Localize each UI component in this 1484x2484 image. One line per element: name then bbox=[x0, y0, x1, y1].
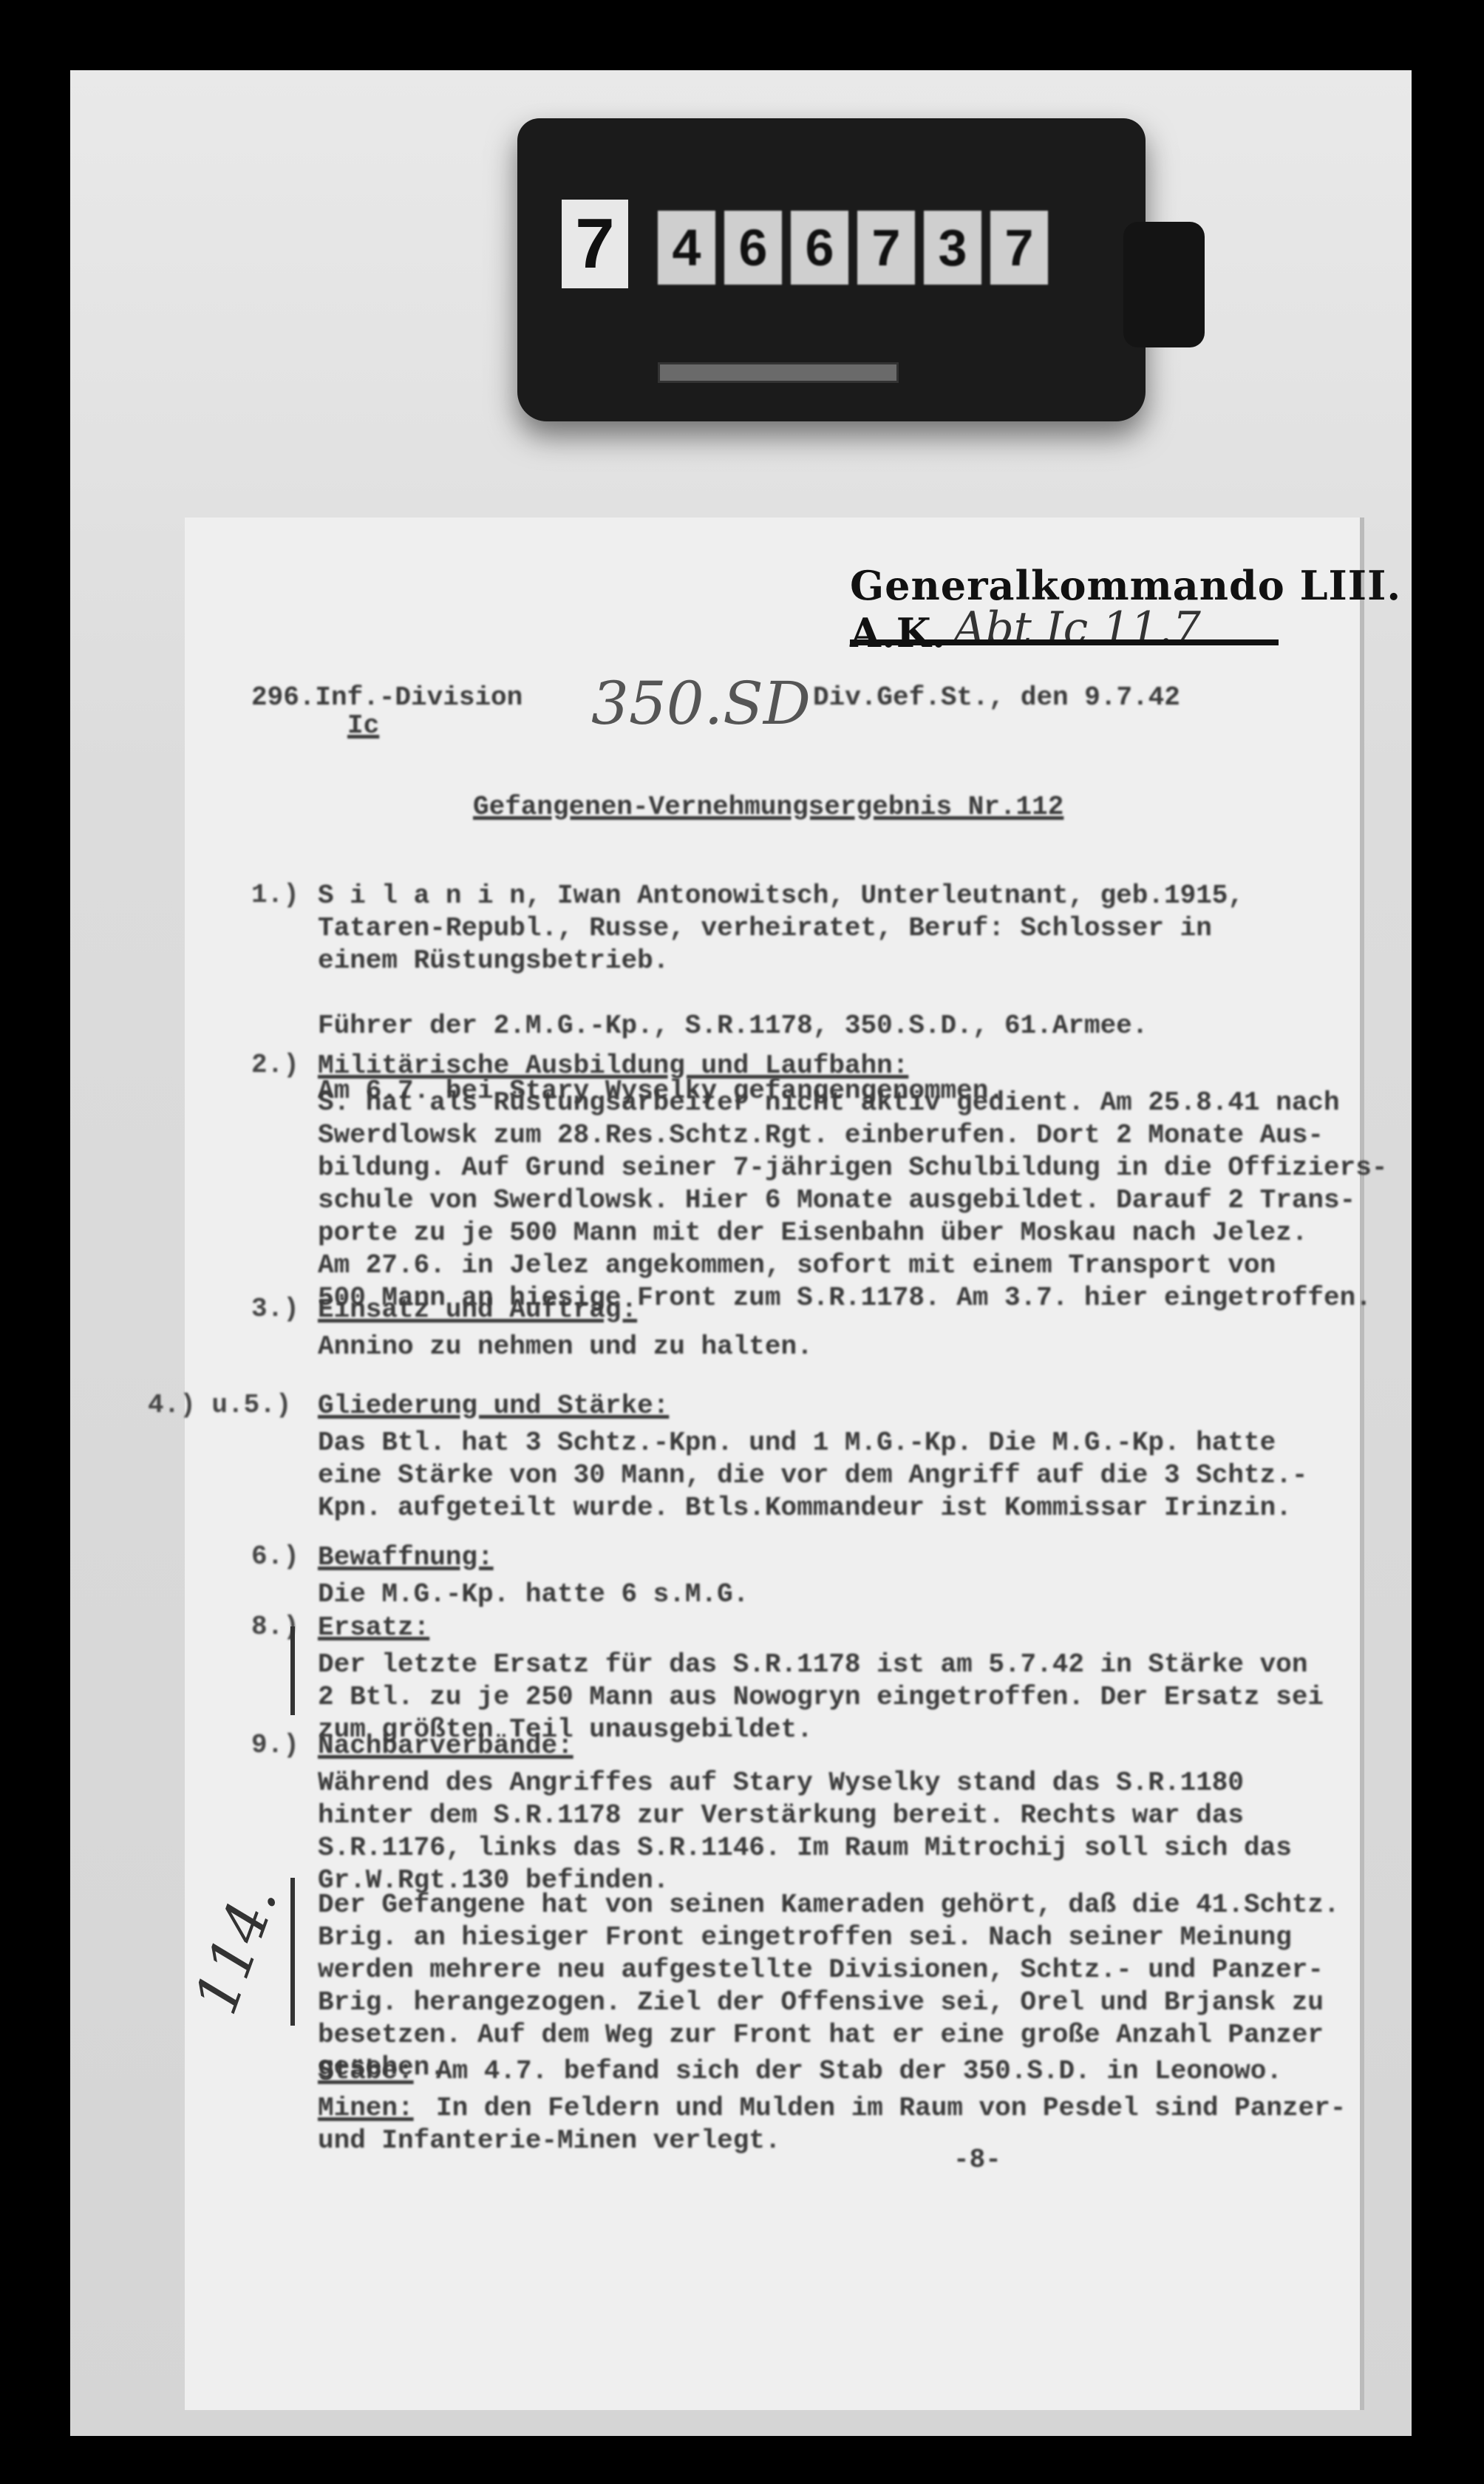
counter-plate bbox=[658, 362, 899, 383]
body-line: hinter dem S.R.1178 zur Verstärkung bere… bbox=[318, 1799, 1244, 1832]
body-line: und Infanterie-Minen verlegt. bbox=[318, 2125, 781, 2157]
counter-digit: 3 bbox=[924, 211, 981, 285]
body-line: schule von Swerdlowsk. Hier 6 Monate aus… bbox=[318, 1184, 1355, 1217]
section-heading: Gliederung und Stärke: bbox=[318, 1390, 669, 1422]
counter-lead-digit: 7 bbox=[562, 200, 628, 288]
body-line: Die M.G.-Kp. hatte 6 s.M.G. bbox=[318, 1578, 749, 1611]
margin-bar bbox=[290, 1878, 295, 2026]
counter-digit: 7 bbox=[857, 211, 915, 285]
section-heading: Minen: bbox=[318, 2092, 414, 2125]
section-number: 2.) bbox=[251, 1050, 299, 1080]
section-number: 4.) u.5.) bbox=[148, 1390, 291, 1420]
page-marker: -8- bbox=[953, 2144, 1001, 2176]
unit-name: 296.Inf.-Division bbox=[251, 682, 523, 714]
body-line: Der Gefangene hat von seinen Kameraden g… bbox=[318, 1889, 1340, 1921]
handwritten-division: 350.SD bbox=[591, 669, 811, 738]
stamp-handwriting: Abt Ic 11.7 bbox=[953, 603, 1201, 654]
section-heading: Nachbarverbände: bbox=[318, 1730, 573, 1762]
section-number: 9.) bbox=[251, 1730, 299, 1760]
body-line: 2 Btl. zu je 250 Mann aus Nowogryn einge… bbox=[318, 1681, 1324, 1714]
section-number: 3.) bbox=[251, 1294, 299, 1324]
body-line: Swerdlowsk zum 28.Res.Schtz.Rgt. einberu… bbox=[318, 1119, 1324, 1152]
counter-knob bbox=[1123, 222, 1205, 347]
section-heading: Einsatz und Auftrag: bbox=[318, 1294, 637, 1326]
body-line: Am 27.6. in Jelez angekommen, sofort mit… bbox=[318, 1249, 1276, 1282]
place-date: Div.Gef.St., den 9.7.42 bbox=[813, 682, 1180, 714]
section-number: 6.) bbox=[251, 1541, 299, 1572]
body-line: S.R.1176, links das S.R.1146. Im Raum Mi… bbox=[318, 1832, 1292, 1864]
body-line: porte zu je 500 Mann mit der Eisenbahn ü… bbox=[318, 1217, 1307, 1249]
body-line: Brig. herangezogen. Ziel der Offensive s… bbox=[318, 1986, 1324, 2019]
body-line: S i l a n i n, Iwan Antonowitsch, Unterl… bbox=[318, 880, 1244, 912]
counter-digit: 6 bbox=[791, 211, 848, 285]
microfilm-frame: 7 4 6 6 7 3 7 Generalkommando LIII. A.K.… bbox=[0, 0, 1484, 2484]
counter-digits: 4 6 6 7 3 7 bbox=[658, 211, 1048, 285]
counter-digit: 4 bbox=[658, 211, 715, 285]
section-heading: Stäbe: bbox=[318, 2055, 414, 2088]
margin-bar bbox=[290, 1626, 295, 1715]
body-line: eine Stärke von 30 Mann, die vor dem Ang… bbox=[318, 1459, 1307, 1492]
reel-counter: 7 4 6 6 7 3 7 bbox=[517, 118, 1146, 421]
stamp-underline bbox=[850, 639, 1279, 645]
document-title: Gefangenen-Vernehmungsergebnis Nr.112 bbox=[473, 791, 1063, 824]
body-line: einem Rüstungsbetrieb. bbox=[318, 945, 669, 977]
body-line: S. hat als Rüstungsarbeiter nicht aktiv … bbox=[318, 1087, 1340, 1119]
body-line: Tataren-Republ., Russe, verheiratet, Ber… bbox=[318, 912, 1212, 945]
body-line: Brig. an hiesiger Front eingetroffen sei… bbox=[318, 1921, 1292, 1954]
body-line: bildung. Auf Grund seiner 7-jährigen Sch… bbox=[318, 1152, 1387, 1184]
section-inline-text: In den Feldern und Mulden im Raum von Pe… bbox=[436, 2092, 1346, 2125]
section-heading: Bewaffnung: bbox=[318, 1541, 494, 1574]
section-heading: Militärische Ausbildung und Laufbahn: bbox=[318, 1050, 908, 1082]
section-name: Ic bbox=[347, 710, 379, 742]
body-line: Kpn. aufgeteilt wurde. Btls.Kommandeur i… bbox=[318, 1492, 1292, 1524]
body-line: besetzen. Auf dem Weg zur Front hat er e… bbox=[318, 2019, 1324, 2052]
body-line: Das Btl. hat 3 Schtz.-Kpn. und 1 M.G.-Kp… bbox=[318, 1427, 1276, 1459]
body-line: Führer der 2.M.G.-Kp., S.R.1178, 350.S.D… bbox=[318, 1010, 1148, 1042]
body-line: Während des Angriffes auf Stary Wyselky … bbox=[318, 1767, 1244, 1799]
body-line: Annino zu nehmen und zu halten. bbox=[318, 1331, 813, 1363]
body-line: werden mehrere neu aufgestellte Division… bbox=[318, 1954, 1324, 1986]
counter-digit: 6 bbox=[724, 211, 782, 285]
section-number: 1.) bbox=[251, 880, 299, 910]
counter-digit: 7 bbox=[990, 211, 1048, 285]
body-line: Der letzte Ersatz für das S.R.1178 ist a… bbox=[318, 1649, 1307, 1681]
section-inline-text: Am 4.7. befand sich der Stab der 350.S.D… bbox=[436, 2055, 1282, 2088]
section-heading: Ersatz: bbox=[318, 1612, 429, 1644]
